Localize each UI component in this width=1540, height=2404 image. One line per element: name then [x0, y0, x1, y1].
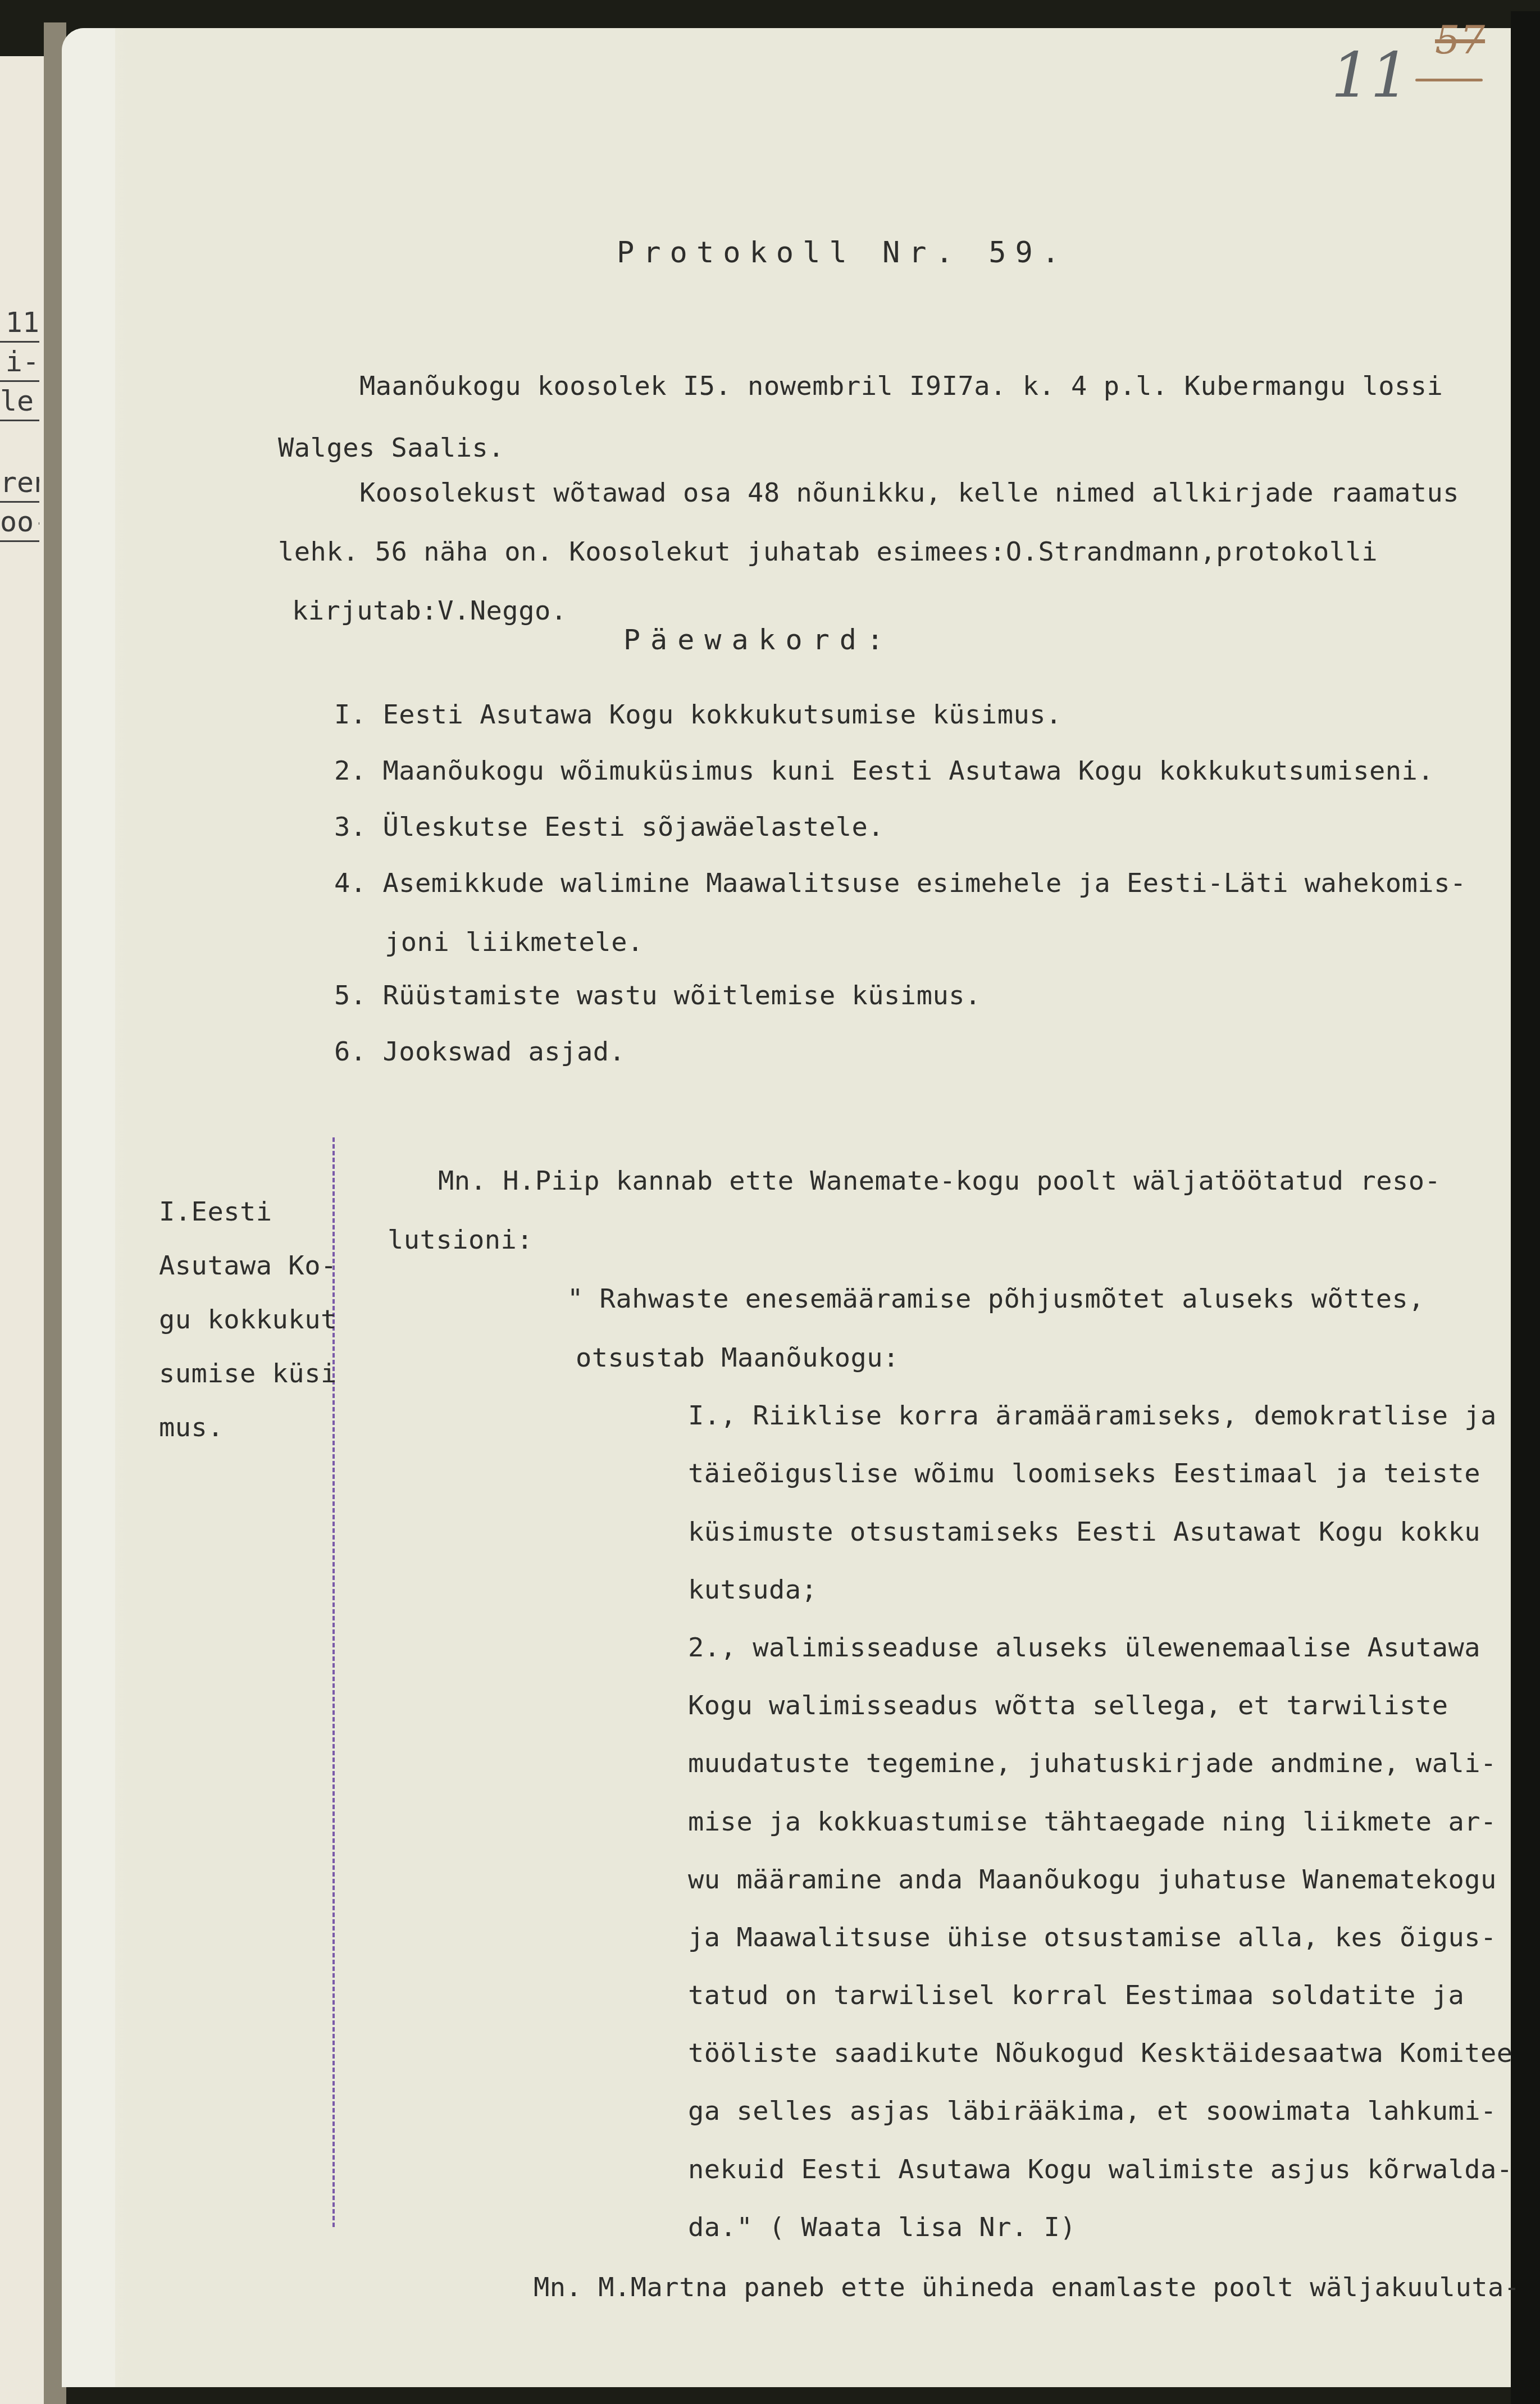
previous-page-fragment: i-: [0, 345, 39, 382]
body-line: muudatuste tegemine, juhatuskirjade andm…: [688, 1748, 1497, 1779]
body-line: nekuid Eesti Asutawa Kogu walimiste asju…: [688, 2154, 1513, 2185]
pencil-page-number: 11: [1331, 39, 1410, 111]
ink-page-number: 57: [1435, 17, 1485, 63]
previous-page-edge: 11 i- le. ren oo-: [0, 56, 45, 2404]
body-line: Kogu walimisseadus wõtta sellega, et tar…: [688, 1690, 1448, 1721]
intro-line: Maanõukogu koosolek I5. nowembril I9I7a.…: [359, 371, 1443, 402]
agenda-item: 6. Jookswad asjad.: [334, 1036, 625, 1067]
page-margin-edge: [62, 28, 115, 2387]
intro-line: lehk. 56 näha on. Koosolekut juhatab esi…: [278, 536, 1378, 567]
body-line: täieõiguslise wõimu loomiseks Eestimaal …: [688, 1458, 1480, 1489]
body-line: ga selles asjas läbirääkima, et soowimat…: [688, 2096, 1497, 2127]
agenda-item: 5. Rüüstamiste wastu wõitlemise küsimus.: [334, 980, 981, 1011]
ink-underline: [1415, 79, 1483, 81]
previous-page-fragment: oo-: [0, 506, 39, 542]
body-line: kutsuda;: [688, 1574, 817, 1605]
scan-background: [1511, 11, 1540, 2404]
body-line: Mn. M.Martna paneb ette ühineda enamlast…: [534, 2272, 1520, 2303]
agenda-title: Päewakord:: [623, 623, 894, 656]
agenda-item-continuation: joni liikmetele.: [385, 927, 644, 958]
body-line: tööliste saadikute Nõukogud Kesktäidesaa…: [688, 2038, 1513, 2069]
body-line: da." ( Waata lisa Nr. I): [688, 2212, 1076, 2243]
intro-line: kirjutab:V.Neggo.: [292, 595, 567, 626]
body-line: wu määramine anda Maanõukogu juhatuse Wa…: [688, 1864, 1497, 1895]
body-line: küsimuste otsustamiseks Eesti Asutawat K…: [688, 1517, 1480, 1547]
body-line: ja Maawalitsuse ühise otsustamise alla, …: [688, 1922, 1497, 1953]
agenda-item: 3. Üleskutse Eesti sõjawäelastele.: [334, 812, 884, 843]
body-line: " Rahwaste enesemääramise põhjusmõtet al…: [567, 1283, 1424, 1314]
intro-line: Walges Saalis.: [278, 432, 504, 463]
intro-line: Koosolekust wõtawad osa 48 nõunikku, kel…: [359, 477, 1459, 508]
body-line: tatud on tarwilisel korral Eestimaa sold…: [688, 1980, 1464, 2011]
agenda-item: 4. Asemikkude walimine Maawalitsuse esim…: [334, 868, 1466, 899]
document-title: Protokoll Nr. 59.: [617, 236, 1068, 270]
agenda-item: I. Eesti Asutawa Kogu kokkukutsumise küs…: [334, 699, 1062, 730]
previous-page-fragment: 11: [0, 306, 39, 343]
body-line: Mn. H.Piip kannab ette Wanemate-kogu poo…: [438, 1165, 1441, 1196]
previous-page-fragment: le.: [0, 385, 39, 421]
agenda-item: 2. Maanõukogu wõimuküsimus kuni Eesti As…: [334, 755, 1434, 786]
body-line: lutsioni:: [388, 1224, 533, 1255]
previous-page-fragment: ren: [0, 466, 39, 503]
body-line: I., Riiklise korra äramääramiseks, demok…: [688, 1400, 1497, 1431]
body-line: otsustab Maanõukogu:: [576, 1342, 899, 1373]
body-line: mise ja kokkuastumise tähtaegade ning li…: [688, 1806, 1497, 1837]
margin-note: I.Eesti Asutawa Ko- gu kokkukut sumise k…: [159, 1185, 337, 1455]
body-line: 2., walimisseaduse aluseks ülewenemaalis…: [688, 1632, 1480, 1663]
